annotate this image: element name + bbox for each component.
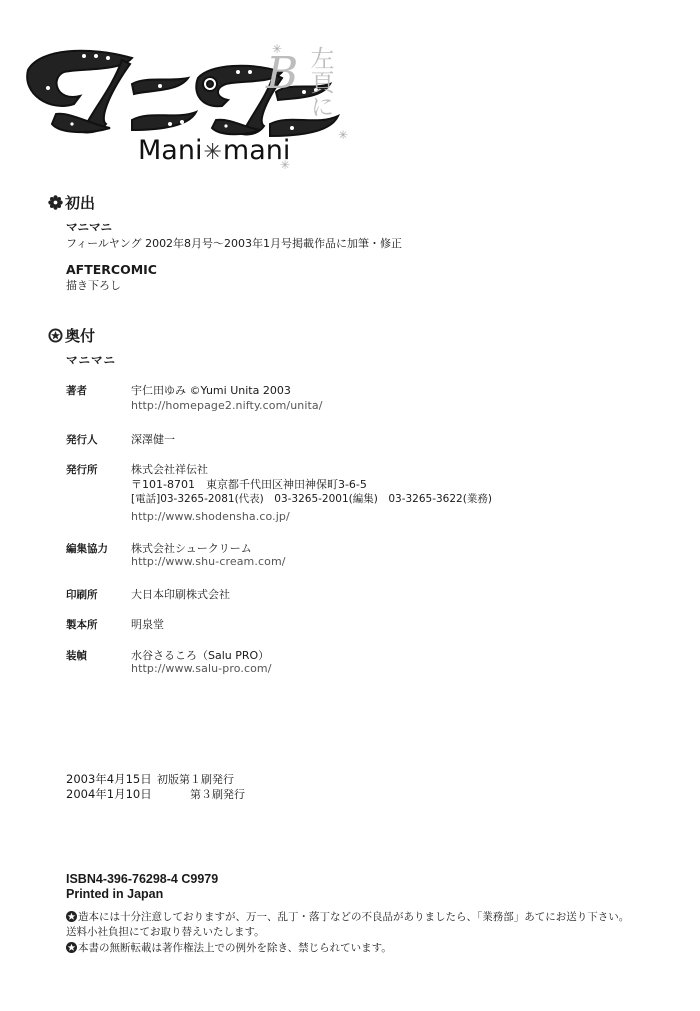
designer-name: 水谷さるころ（Salu PRO）	[131, 647, 269, 663]
printer-company: 大日本印刷株式会社	[131, 586, 230, 602]
work-detail: 描き下ろし	[66, 277, 121, 293]
print-history-edition: 初版第１刷発行	[157, 771, 234, 787]
author-name: 宇仁田ゆみ ©Yumi Unita 2003	[131, 382, 291, 398]
label-author: 著者	[66, 383, 87, 398]
work-title: マニマニ	[66, 219, 112, 235]
label-editorial: 編集協力	[66, 541, 108, 556]
isbn: ISBN4-396-76298-4 C9979	[66, 872, 218, 886]
notice-defects: 造本には十分注意しておりますが、万一、乱丁・落丁などの不良品がありましたら、「業…	[66, 909, 629, 924]
star-circle-icon	[48, 328, 63, 343]
gear-flower-icon	[48, 195, 63, 210]
publisher-person: 深澤健一	[131, 431, 175, 447]
sparkle-icon: ✳	[338, 128, 348, 142]
asterisk-star-icon: ✳	[203, 140, 221, 165]
star-circle-icon	[66, 911, 77, 922]
editorial-url-link[interactable]: http://www.shu-cream.com/	[131, 555, 286, 568]
print-history-date: 2003年4月15日	[66, 771, 152, 787]
title-logo: B 左頁に ✳ ✳ ✳ Mani✳mani	[20, 38, 350, 178]
label-binder: 製本所	[66, 617, 98, 632]
printed-in-japan: Printed in Japan	[66, 887, 163, 901]
label-design: 装幀	[66, 648, 87, 663]
notice-text: 送料小社負担にてお取り替えいたします。	[66, 924, 265, 939]
work-detail: フィールヤング 2002年8月号～2003年1月号掲載作品に加筆・修正	[66, 235, 402, 251]
script-letter: B	[266, 48, 298, 99]
publisher-address: 〒101-8701 東京都千代田区神田神保町3-6-5	[131, 476, 367, 492]
script-vertical-text: 左頁に	[308, 46, 332, 118]
designer-url-link[interactable]: http://www.salu-pro.com/	[131, 662, 272, 675]
author-url-link[interactable]: http://homepage2.nifty.com/unita/	[131, 399, 323, 412]
label-printer: 印刷所	[66, 587, 98, 602]
logo-subtitle: Mani✳mani	[138, 135, 290, 166]
notice-defects-cont: 送料小社負担にてお取り替えいたします。	[66, 924, 265, 939]
section-heading-text: 初出	[65, 192, 95, 213]
notice-copyright: 本書の無断転載は著作権法上での例外を除き、禁じられています。	[66, 940, 392, 955]
book-title: マニマニ	[66, 352, 116, 368]
star-circle-icon	[66, 942, 77, 953]
editorial-company: 株式会社シュークリーム	[131, 540, 252, 556]
print-history-date: 2004年1月10日	[66, 786, 152, 802]
section-heading-text: 奥付	[65, 325, 95, 346]
label-publisher-person: 発行人	[66, 432, 98, 447]
work-title: AFTERCOMIC	[66, 262, 157, 277]
publisher-url-link[interactable]: http://www.shodensha.co.jp/	[131, 510, 290, 523]
logo-subtitle-right: mani	[223, 135, 290, 166]
print-history-edition: 第３刷発行	[190, 786, 245, 802]
notice-text: 本書の無断転載は著作権法上での例外を除き、禁じられています。	[78, 940, 392, 955]
section-heading-first-appearance: 初出	[48, 192, 95, 213]
notice-text: 造本には十分注意しておりますが、万一、乱丁・落丁などの不良品がありましたら、「業…	[78, 909, 629, 924]
publisher-phone: [電話]03-3265-2081(代表) 03-3265-2001(編集) 03…	[131, 491, 492, 506]
logo-subtitle-left: Mani	[138, 135, 202, 166]
publisher-name: 株式会社祥伝社	[131, 461, 208, 477]
section-heading-colophon: 奥付	[48, 325, 95, 346]
label-publisher: 発行所	[66, 462, 98, 477]
binder-company: 明泉堂	[131, 616, 164, 632]
sparkle-icon: ✳	[272, 42, 282, 56]
